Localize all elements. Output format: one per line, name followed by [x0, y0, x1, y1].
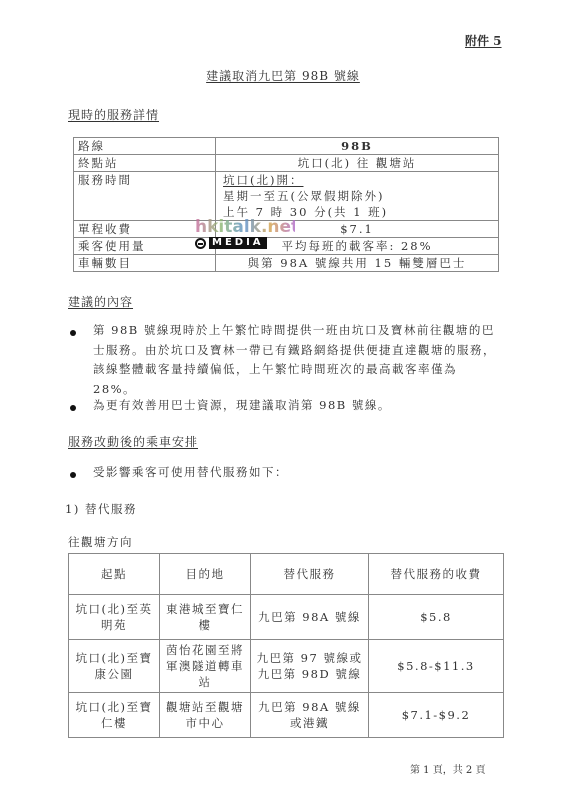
cell-service: 九巴第 98A 號線或港鐵	[251, 693, 369, 738]
cell-fare: $5.8-$11.3	[369, 640, 504, 693]
document-title: 建議取消九巴第 98B 號線	[0, 67, 566, 84]
table-row: 路線 98B	[74, 138, 499, 155]
cell-destination: 觀塘站至觀塘市中心	[160, 693, 251, 738]
cell-fare: $5.8	[369, 595, 504, 640]
cell-service: 九巴第 98A 號線	[251, 595, 369, 640]
page-number: 第 1 頁，共 2 頁	[410, 761, 485, 776]
bullet-icon	[70, 330, 76, 336]
table-row: 坑口(北)至寶康公園 茵怡花園至將軍澳隧道轉車站 九巴第 97 號線或九巴第 9…	[69, 640, 504, 693]
row-value: $7.1	[216, 221, 499, 238]
cell-destination: 茵怡花園至將軍澳隧道轉車站	[160, 640, 251, 693]
table-row: 乘客使用量 平均每班的載客率: 28%	[74, 238, 499, 255]
row-label: 終點站	[74, 155, 216, 172]
arrangement-paragraph: 受影響乘客可使用替代服務如下：	[93, 463, 498, 483]
table-row: 坑口(北)至寶仁樓 觀塘站至觀塘市中心 九巴第 98A 號線或港鐵 $7.1-$…	[69, 693, 504, 738]
row-value: 98B	[216, 138, 499, 155]
section-heading-current-service: 現時的服務詳情	[68, 106, 159, 123]
cell-origin: 坑口(北)至寶康公園	[69, 640, 160, 693]
row-value: 平均每班的載客率: 28%	[216, 238, 499, 255]
row-label: 乘客使用量	[74, 238, 216, 255]
table-row: 車輛數目 與第 98A 號線共用 15 輛雙層巴士	[74, 255, 499, 272]
service-origin: 坑口(北)開：	[223, 172, 494, 188]
cell-service: 九巴第 97 號線或九巴第 98D 號線	[251, 640, 369, 693]
column-header: 目的地	[160, 554, 251, 595]
row-label: 車輛數目	[74, 255, 216, 272]
service-days: 星期一至五(公眾假期除外)	[223, 188, 494, 204]
table-row: 坑口(北)至英明苑 東港城至寶仁樓 九巴第 98A 號線 $5.8	[69, 595, 504, 640]
table-row: 單程收費 $7.1	[74, 221, 499, 238]
proposal-paragraph-2: 為更有效善用巴士資源，現建議取消第 98B 號線。	[93, 396, 498, 416]
bullet-icon	[70, 472, 76, 478]
cell-fare: $7.1-$9.2	[369, 693, 504, 738]
row-label: 路線	[74, 138, 216, 155]
cell-origin: 坑口(北)至寶仁樓	[69, 693, 160, 738]
section-heading-proposal: 建議的內容	[68, 293, 133, 310]
table-header-row: 起點 目的地 替代服務 替代服務的收費	[69, 554, 504, 595]
column-header: 替代服務	[251, 554, 369, 595]
proposal-paragraph-1: 第 98B 號線現時於上午繁忙時間提供一班由坑口及寶林前往觀塘的巴士服務。由於坑…	[93, 321, 498, 399]
bullet-icon	[70, 405, 76, 411]
section-heading-arrangements: 服務改動後的乘車安排	[68, 433, 198, 450]
alternative-services-table: 起點 目的地 替代服務 替代服務的收費 坑口(北)至英明苑 東港城至寶仁樓 九巴…	[68, 553, 504, 738]
direction-label: 往觀塘方向	[68, 534, 133, 550]
row-label: 服務時間	[74, 172, 216, 221]
row-value: 坑口(北) 往 觀塘站	[216, 155, 499, 172]
cell-origin: 坑口(北)至英明苑	[69, 595, 160, 640]
column-header: 起點	[69, 554, 160, 595]
row-value: 坑口(北)開： 星期一至五(公眾假期除外) 上午 7 時 30 分(共 1 班)	[216, 172, 499, 221]
cell-destination: 東港城至寶仁樓	[160, 595, 251, 640]
service-time: 上午 7 時 30 分(共 1 班)	[223, 204, 494, 220]
sub-heading-alternative-services: 1) 替代服務	[65, 501, 137, 517]
row-value: 與第 98A 號線共用 15 輛雙層巴士	[216, 255, 499, 272]
current-service-table: 路線 98B 終點站 坑口(北) 往 觀塘站 服務時間 坑口(北)開： 星期一至…	[73, 137, 499, 272]
row-label: 單程收費	[74, 221, 216, 238]
table-row: 終點站 坑口(北) 往 觀塘站	[74, 155, 499, 172]
column-header: 替代服務的收費	[369, 554, 504, 595]
annex-label: 附件 5	[465, 32, 502, 49]
table-row: 服務時間 坑口(北)開： 星期一至五(公眾假期除外) 上午 7 時 30 分(共…	[74, 172, 499, 221]
